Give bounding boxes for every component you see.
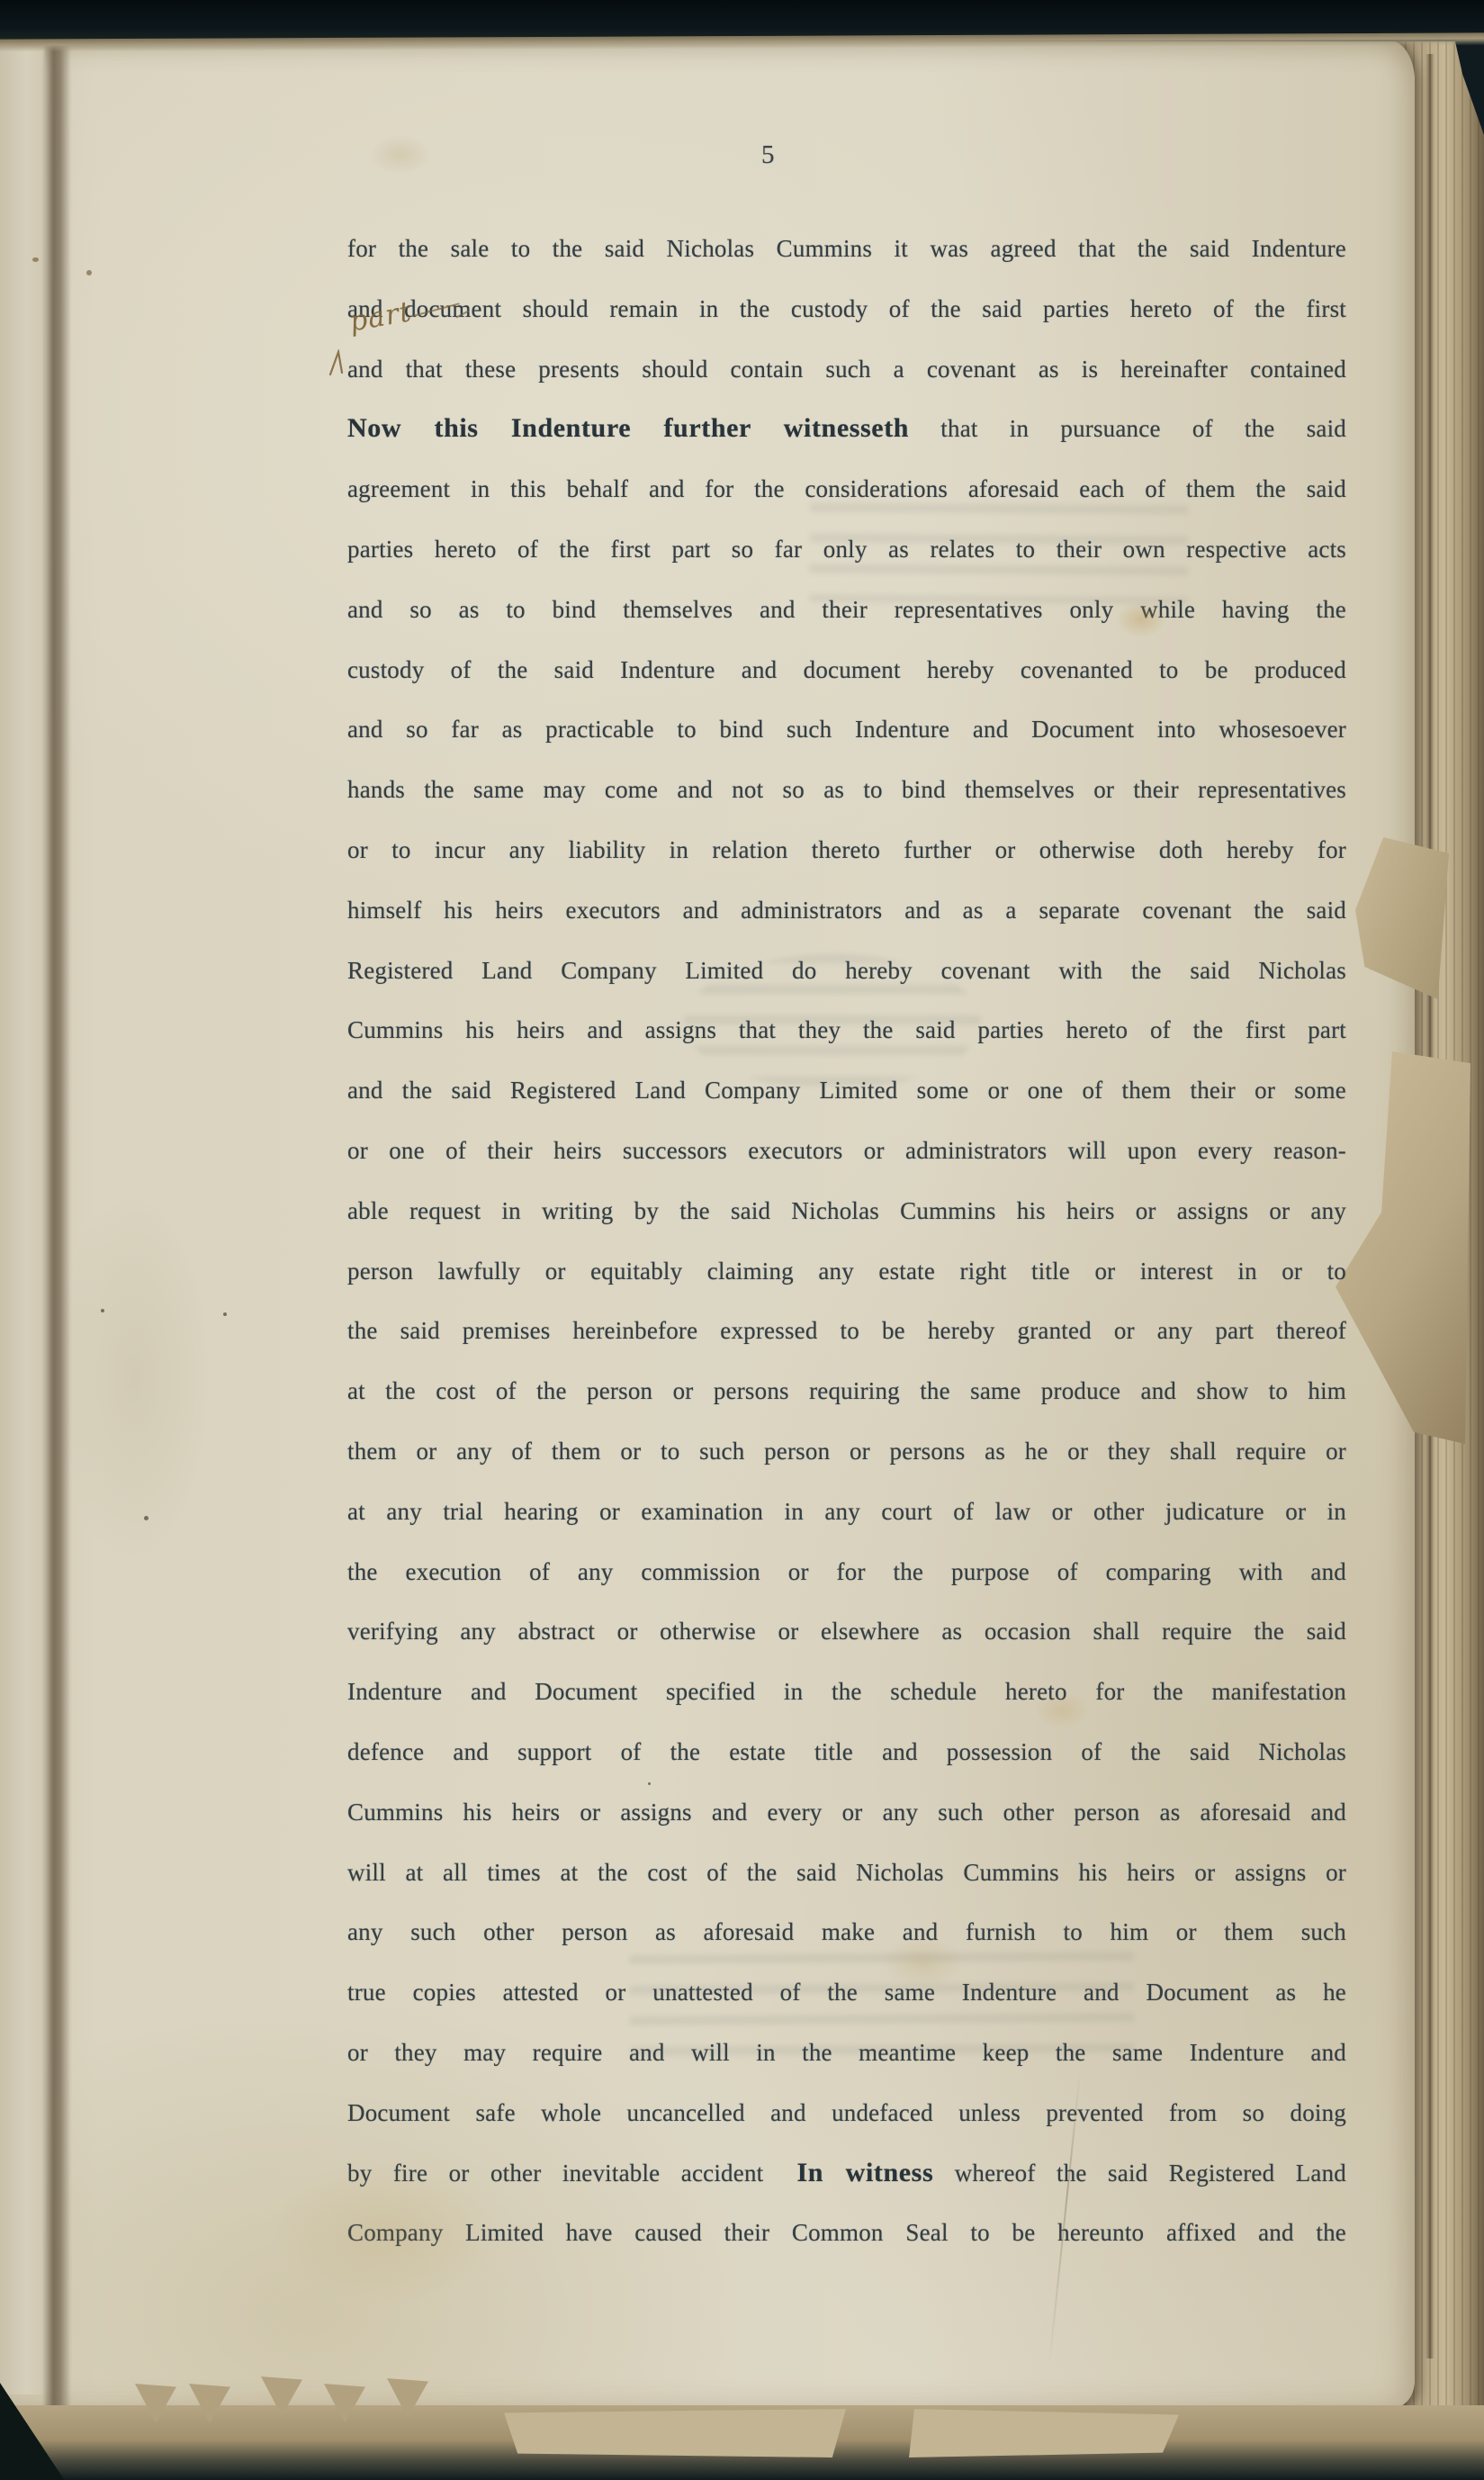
text-line-29: any such other person as aforesaid make … [347, 1902, 1346, 1962]
bottom-page-tab [909, 2409, 1179, 2457]
text-segment: able request in writing by the said Nich… [347, 1197, 1346, 1224]
text-line-8: custody of the said Indenture and docume… [347, 640, 1346, 700]
paper-speck [144, 1516, 148, 1520]
previous-page-edge [0, 40, 45, 2394]
bold-phrase: In witness [797, 2158, 934, 2187]
text-line-20: at the cost of the person or persons req… [347, 1361, 1346, 1421]
text-line-28: will at all times at the cost of the sai… [347, 1843, 1346, 1903]
paper-speck [990, 486, 993, 489]
deed-text-block: for the sale to the said Nicholas Cummin… [347, 219, 1346, 2263]
text-line-5: agreement in this behalf and for the con… [347, 459, 1346, 519]
text-line-17: able request in writing by the said Nich… [347, 1181, 1346, 1241]
text-line-6: parties hereto of the first part so far … [347, 519, 1346, 580]
text-segment: Registered Land Company Limited do hereb… [347, 957, 1346, 984]
text-line-13: Registered Land Company Limited do hereb… [347, 941, 1346, 1001]
text-segment: Document safe whole uncancelled and unde… [347, 2099, 1346, 2126]
bottom-page-tab [504, 2409, 846, 2457]
foxing-spot [32, 257, 39, 262]
text-line-26: defence and support of the estate title … [347, 1722, 1346, 1782]
text-segment: the said premises hereinbefore expressed… [347, 1317, 1346, 1344]
text-line-16: or one of their heirs successors executo… [347, 1121, 1346, 1181]
text-line-12: himself his heirs executors and administ… [347, 880, 1346, 941]
text-line-33: by fire or other inevitable accident In … [347, 2143, 1346, 2204]
text-line-10: hands the same may come and not so as to… [347, 760, 1346, 820]
text-line-3: and that these presents should contain s… [347, 339, 1346, 400]
text-segment: them or any of them or to such person or… [347, 1438, 1346, 1465]
text-line-2: and document should remain in the custod… [347, 279, 1346, 339]
text-segment: will at all times at the cost of the sai… [347, 1859, 1346, 1886]
foxing-spot [86, 270, 92, 275]
text-segment: at any trial hearing or examination in a… [347, 1498, 1346, 1525]
text-segment: the execution of any commission or for t… [347, 1558, 1346, 1585]
text-line-11: or to incur any liability in relation th… [347, 820, 1346, 880]
insertion-caret-icon [328, 349, 347, 376]
text-line-1: for the sale to the said Nicholas Cummin… [347, 219, 1346, 279]
text-line-15: and the said Registered Land Company Lim… [347, 1060, 1346, 1121]
text-segment: Company Limited have caused their Common… [347, 2219, 1346, 2246]
text-segment: and the said Registered Land Company Lim… [347, 1077, 1346, 1104]
text-line-27: Cummins his heirs or assigns and every o… [347, 1782, 1346, 1843]
open-book-scan: 5 for the sale to the said Nicholas Cumm… [0, 0, 1484, 2480]
text-segment: verifying any abstract or otherwise or e… [347, 1618, 1346, 1645]
text-line-14: Cummins his heirs and assigns that they … [347, 1000, 1346, 1060]
text-line-31: or they may require and will in the mean… [347, 2023, 1346, 2083]
text-segment: defence and support of the estate title … [347, 1738, 1346, 1765]
text-segment: for the sale to the said Nicholas Cummin… [347, 235, 1346, 262]
text-segment: that in pursuance of the said [909, 415, 1346, 442]
text-segment: and so far as practicable to bind such I… [347, 716, 1346, 743]
paper-speck [101, 1309, 104, 1312]
text-segment: custody of the said Indenture and docume… [347, 656, 1346, 683]
text-segment: or they may require and will in the mean… [347, 2039, 1346, 2066]
text-segment: agreement in this behalf and for the con… [347, 475, 1346, 502]
text-segment: by fire or other inevitable accident [347, 2160, 797, 2187]
text-line-7: and so as to bind themselves and their r… [347, 580, 1346, 640]
text-segment: Cummins his heirs or assigns and every o… [347, 1799, 1346, 1826]
text-line-34: Company Limited have caused their Common… [347, 2203, 1346, 2263]
text-line-21: them or any of them or to such person or… [347, 1421, 1346, 1482]
text-segment: and document should remain in the custod… [347, 295, 1346, 322]
text-segment: any such other person as aforesaid make … [347, 1918, 1346, 1945]
text-line-32: Document safe whole uncancelled and unde… [347, 2083, 1346, 2143]
text-segment: or to incur any liability in relation th… [347, 836, 1346, 863]
text-segment: and that these presents should contain s… [347, 356, 1346, 383]
text-line-4: Now this Indenture further witnesseth th… [347, 399, 1346, 459]
binding-gutter-shadow [42, 36, 71, 2412]
text-segment: Indenture and Document specified in the … [347, 1678, 1346, 1705]
text-line-25: Indenture and Document specified in the … [347, 1662, 1346, 1722]
text-line-18: person lawfully or equitably claiming an… [347, 1241, 1346, 1302]
text-line-22: at any trial hearing or examination in a… [347, 1482, 1346, 1542]
text-line-30: true copies attested or unattested of th… [347, 1962, 1346, 2023]
text-segment: true copies attested or unattested of th… [347, 1979, 1346, 2006]
text-segment: person lawfully or equitably claiming an… [347, 1258, 1346, 1285]
page-number: 5 [761, 140, 775, 170]
text-line-24: verifying any abstract or otherwise or e… [347, 1601, 1346, 1662]
paper-speck [648, 1782, 651, 1785]
text-line-9: and so far as practicable to bind such I… [347, 699, 1346, 760]
text-segment: hands the same may come and not so as to… [347, 776, 1346, 803]
text-segment: himself his heirs executors and administ… [347, 897, 1346, 924]
text-segment: at the cost of the person or persons req… [347, 1377, 1346, 1404]
bold-phrase: Now this Indenture further witnesseth [347, 413, 909, 443]
text-segment: or one of their heirs successors executo… [347, 1137, 1346, 1164]
text-line-23: the execution of any commission or for t… [347, 1542, 1346, 1602]
text-segment: Cummins his heirs and assigns that they … [347, 1016, 1346, 1043]
text-segment: whereof the said Registered Land [933, 2160, 1346, 2187]
paper-speck [223, 1312, 227, 1316]
text-segment: and so as to bind themselves and their r… [347, 596, 1346, 623]
text-line-19: the said premises hereinbefore expressed… [347, 1301, 1346, 1361]
text-segment: parties hereto of the first part so far … [347, 536, 1346, 563]
